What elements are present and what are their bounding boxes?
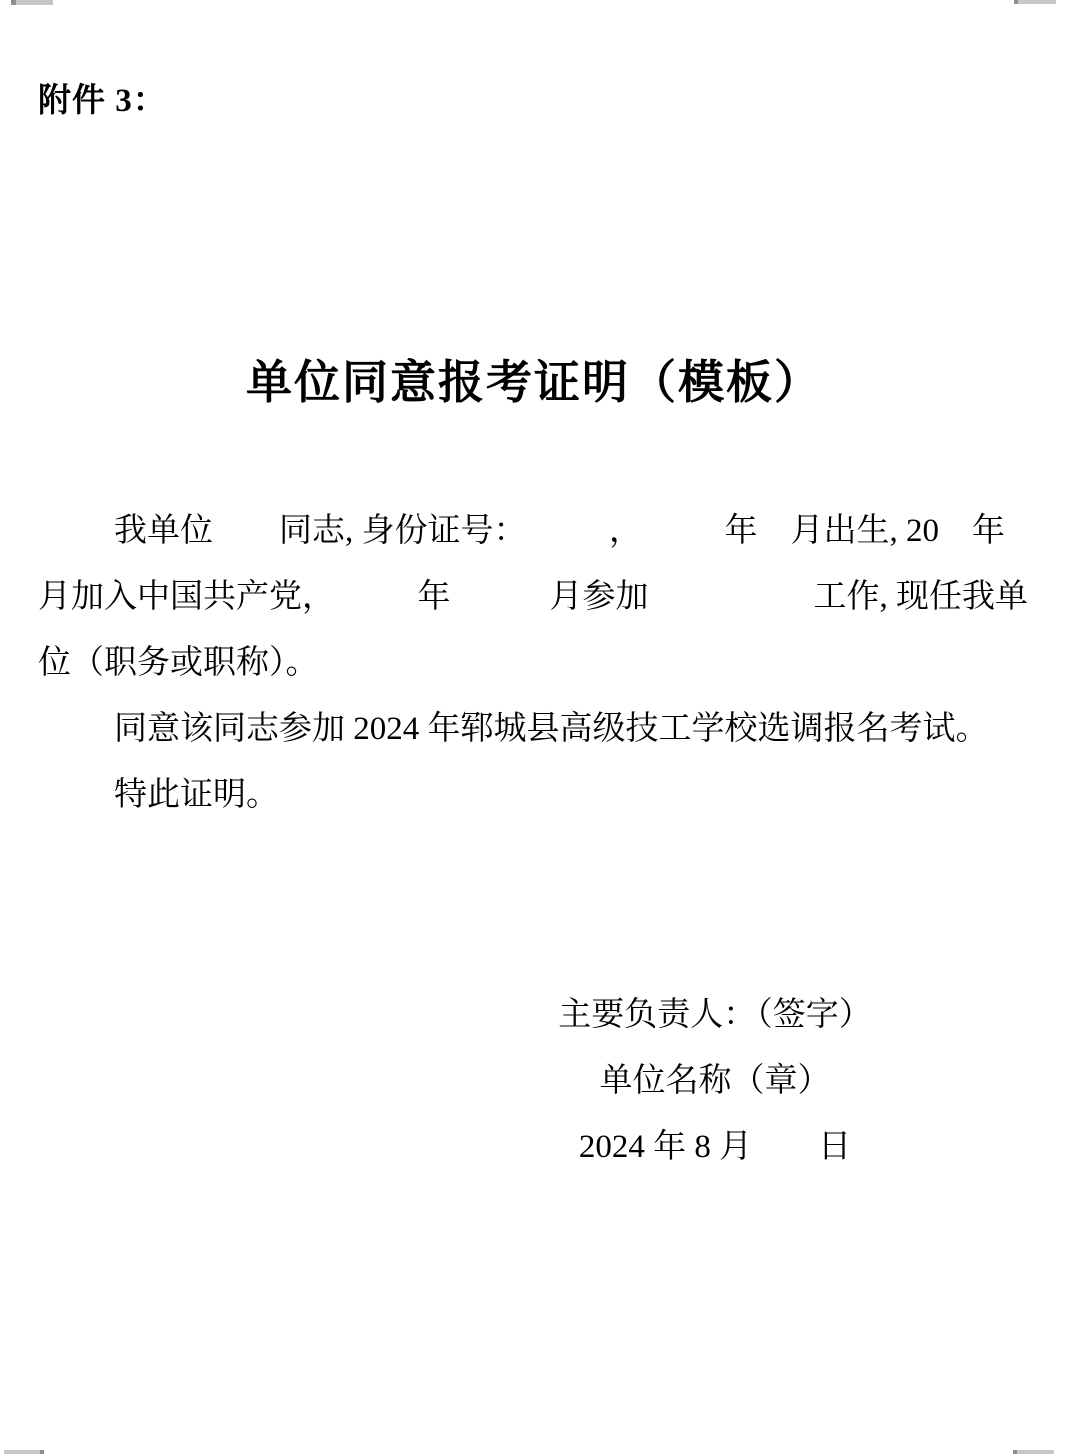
document-page: 附件 3： 单位同意报考证明（模板） 我单位 同志, 身份证号： ， 年 月出生…	[0, 0, 1068, 1454]
body-line-3: 位（职务或职称）。	[38, 630, 1033, 696]
scan-artifact-bottom-right	[1013, 1450, 1054, 1454]
responsible-person-line: 主要负责人：（签字）	[400, 982, 1030, 1048]
scan-artifact-top-right	[1014, 0, 1056, 4]
attachment-label: 附件 3：	[38, 74, 167, 121]
document-title: 单位同意报考证明（模板）	[0, 346, 1068, 412]
document-body: 我单位 同志, 身份证号： ， 年 月出生, 20 年 月加入中国共产党， 年 …	[38, 498, 1033, 828]
scan-artifact-bottom-left	[4, 1450, 44, 1454]
body-line-1: 我单位 同志, 身份证号： ， 年 月出生, 20 年	[38, 498, 1033, 564]
body-line-4: 同意该同志参加 2024 年郓城县高级技工学校选调报名考试。	[38, 696, 1033, 762]
unit-seal-line: 单位名称（章）	[400, 1048, 1030, 1114]
body-line-2: 月加入中国共产党， 年 月参加 工作, 现任我单	[38, 564, 1033, 630]
body-line-5: 特此证明。	[38, 762, 1033, 828]
signature-block: 主要负责人：（签字） 单位名称（章） 2024 年 8 月 日	[400, 982, 1030, 1180]
scan-artifact-top-left	[11, 0, 53, 5]
date-line: 2024 年 8 月 日	[400, 1114, 1030, 1180]
